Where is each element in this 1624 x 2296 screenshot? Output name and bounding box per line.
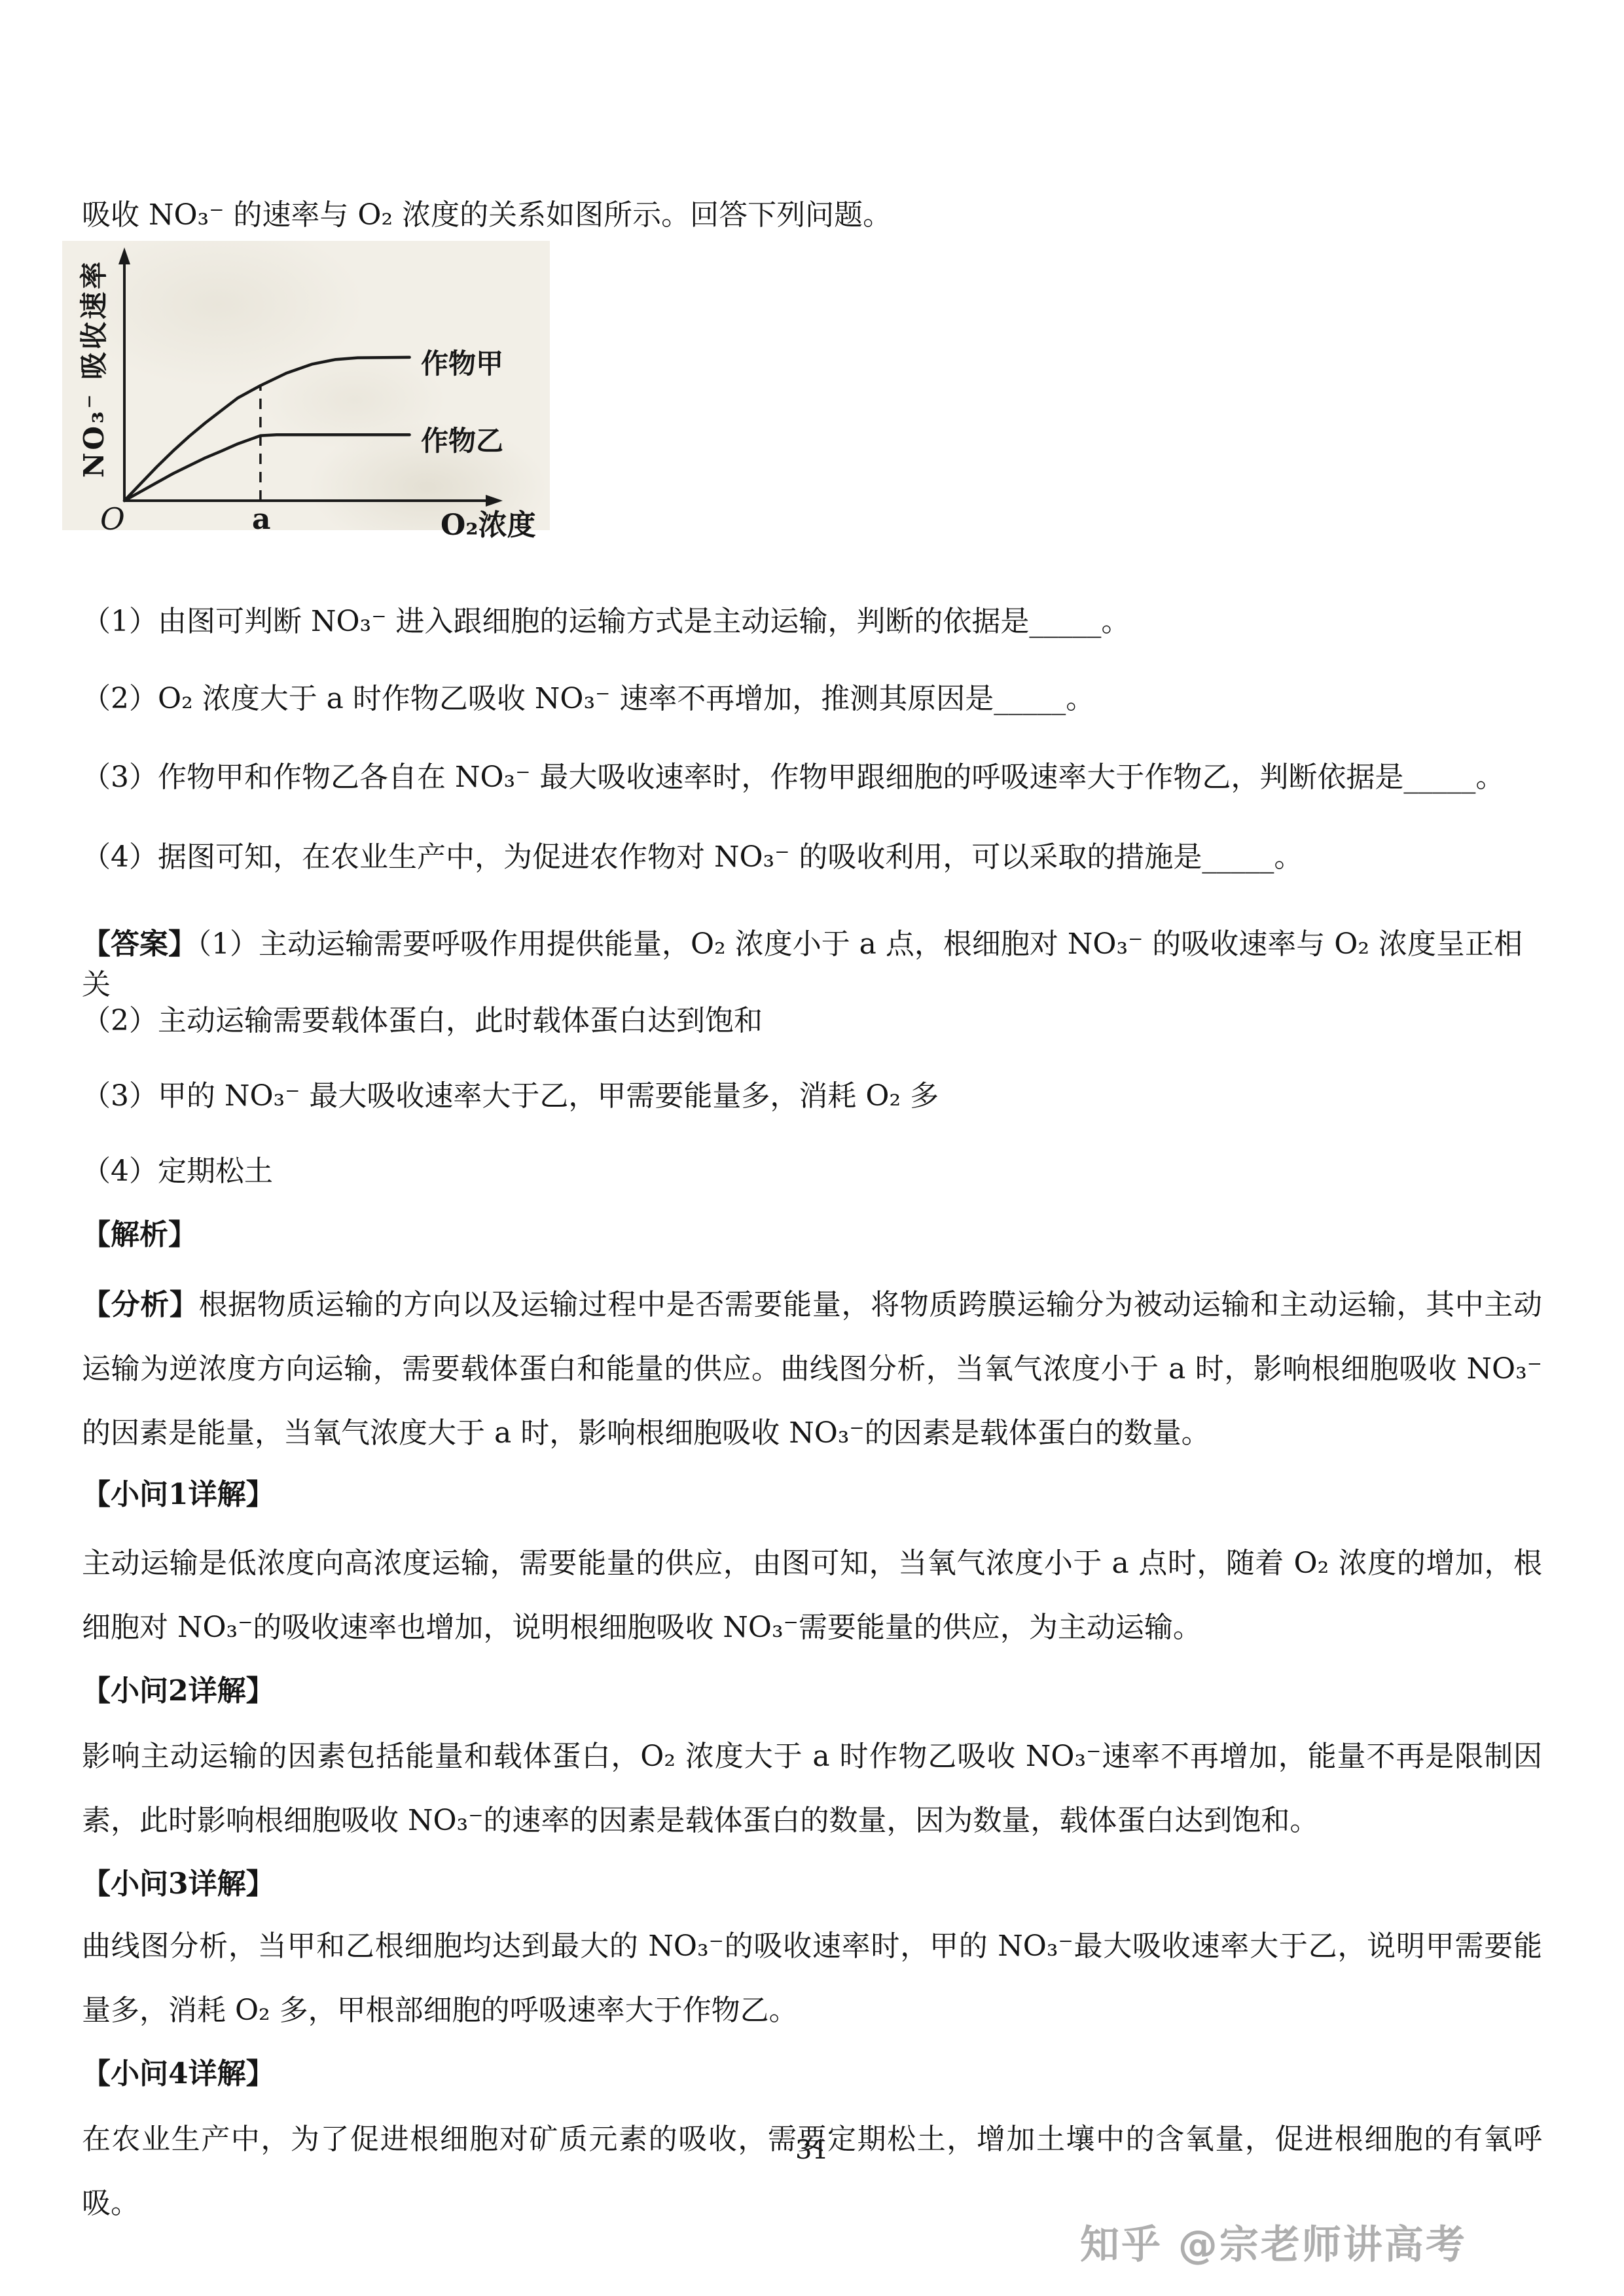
detail-1-header: 【小问1详解】 xyxy=(82,1475,1542,1515)
figure-chart: NO₃⁻ 吸收速率 O₂浓度 O a 作物甲 作物乙 xyxy=(62,241,550,530)
answer-item-1: （1）主动运输需要呼吸作用提供能量，O₂ 浓度小于 a 点，根细胞对 NO₃⁻ … xyxy=(82,927,1523,1001)
answer-line-2: （2）主动运输需要载体蛋白，此时载体蛋白达到饱和 xyxy=(82,1001,1542,1041)
jiexi-header: 【解析】 xyxy=(82,1215,1542,1255)
y-axis-arrow-icon xyxy=(118,247,130,264)
detail-3-header: 【小问3详解】 xyxy=(82,1864,1542,1905)
origin-label: O xyxy=(100,501,125,537)
answer-line-3: （3）甲的 NO₃⁻ 最大吸收速率大于乙，甲需要能量多，消耗 O₂ 多 xyxy=(82,1076,1542,1117)
question-4: （4）据图可知，在农业生产中，为促进农作物对 NO₃⁻ 的吸收利用，可以采取的措… xyxy=(82,837,1542,878)
document-page: 吸收 NO₃⁻ 的速率与 O₂ 浓度的关系如图所示。回答下列问题。 NO₃⁻ 吸… xyxy=(0,0,1624,2296)
question-2: （2）O₂ 浓度大于 a 时作物乙吸收 NO₃⁻ 速率不再增加，推测其原因是__… xyxy=(82,679,1542,719)
curve-series-1 xyxy=(124,435,410,501)
answer-line-1: 【答案】（1）主动运输需要呼吸作用提供能量，O₂ 浓度小于 a 点，根细胞对 N… xyxy=(82,924,1542,1005)
detail-2-header: 【小问2详解】 xyxy=(82,1671,1542,1712)
fenxi-text: 根据物质运输的方向以及运输过程中是否需要能量，将物质跨膜运输分为被动运输和主动运… xyxy=(82,1288,1542,1450)
detail-3-text: 曲线图分析，当甲和乙根细胞均达到最大的 NO₃⁻的吸收速率时，甲的 NO₃⁻最大… xyxy=(82,1914,1542,2043)
series-label-crop-jia: 作物甲 xyxy=(421,342,503,382)
intro-text: 吸收 NO₃⁻ 的速率与 O₂ 浓度的关系如图所示。回答下列问题。 xyxy=(82,195,1542,236)
y-axis-label: NO₃⁻ 吸收速率 xyxy=(73,259,112,478)
chart-canvas xyxy=(62,241,550,530)
question-1: （1）由图可判断 NO₃⁻ 进入跟细胞的运输方式是主动运输，判断的依据是____… xyxy=(82,601,1542,642)
watermark-text: 知乎 @宗老师讲高考 xyxy=(1080,2214,1467,2270)
x-axis-label: O₂浓度 xyxy=(441,501,536,543)
detail-2-text: 影响主动运输的因素包括能量和载体蛋白，O₂ 浓度大于 a 时作物乙吸收 NO₃⁻… xyxy=(82,1725,1542,1853)
detail-4-header: 【小问4详解】 xyxy=(82,2054,1542,2094)
question-3: （3）作物甲和作物乙各自在 NO₃⁻ 最大吸收速率时，作物甲跟细胞的呼吸速率大于… xyxy=(82,757,1542,798)
fenxi-label: 【分析】 xyxy=(82,1288,199,1321)
series-label-crop-yi: 作物乙 xyxy=(421,420,503,459)
chart-curves xyxy=(124,357,410,501)
answer-line-4: （4）定期松土 xyxy=(82,1151,1542,1192)
x-tick-a-label: a xyxy=(252,503,271,536)
curve-series-0 xyxy=(124,357,410,501)
detail-1-text: 主动运输是低浓度向高浓度运输，需要能量的供应，由图可知，当氧气浓度小于 a 点时… xyxy=(82,1532,1542,1660)
answer-label: 【答案】 xyxy=(82,927,197,961)
fenxi-paragraph: 【分析】根据物质运输的方向以及运输过程中是否需要能量，将物质跨膜运输分为被动运输… xyxy=(82,1273,1542,1465)
page-number: 31 xyxy=(0,2135,1624,2165)
